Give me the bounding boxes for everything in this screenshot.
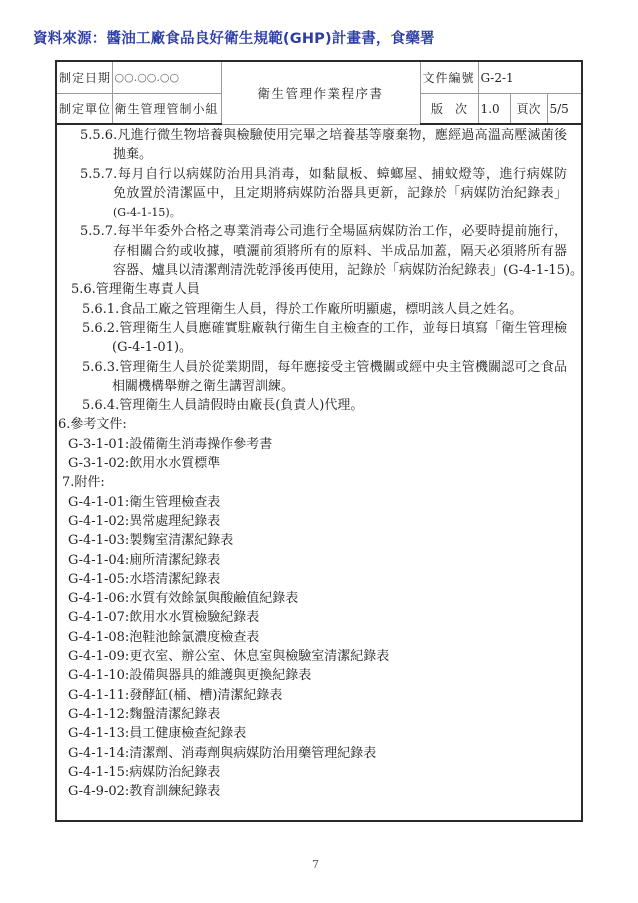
clause-5-6-3-line-1: 5.6.3.管理衛生人員於從業期間，每年應接受主管機關或經中央主管機關認可之食品… bbox=[57, 358, 581, 377]
attachment-item: G-4-1-07:飲用水水質檢驗紀錄表 bbox=[57, 608, 581, 627]
doc-number-label: 文件編號 bbox=[420, 62, 478, 94]
page-label: 頁次 bbox=[510, 94, 547, 125]
attachment-item: G-4-1-12:麴盤清潔紀錄表 bbox=[57, 705, 581, 724]
page-value: 5/5 bbox=[547, 94, 581, 125]
source-header: 資料來源：醬油工廠食品良好衛生規範(GHP)計畫書，食藥署 bbox=[33, 27, 435, 48]
document-frame: 制定日期 ○○.○○.○○ 衛生管理作業程序書 文件編號 G-2-1 制定單位 … bbox=[55, 60, 583, 822]
references-heading: 6.參考文件: bbox=[57, 415, 581, 434]
clause-5-5-6-line-1: 5.5.6.凡進行微生物培養與檢驗使用完畢之培養基等廢棄物，應經過高溫高壓滅菌後… bbox=[57, 126, 581, 145]
section-5-6-heading: 5.6.管理衛生專責人員 bbox=[57, 280, 581, 299]
doc-number-value: G-2-1 bbox=[478, 62, 581, 94]
version-value: 1.0 bbox=[478, 94, 510, 125]
attachment-item: G-4-1-13:員工健康檢查紀錄表 bbox=[57, 724, 581, 743]
attachment-item: G-4-1-01:衛生管理檢查表 bbox=[57, 493, 581, 512]
attachment-item: G-4-1-04:廁所清潔紀錄表 bbox=[57, 551, 581, 570]
clause-5-6-2-line-1: 5.6.2.管理衛生人員應確實駐廠執行衛生自主檢查的工作，並每日填寫「衛生管理檢… bbox=[57, 319, 581, 338]
reference-item: G-3-1-02:飲用水水質標準 bbox=[57, 454, 581, 473]
attachment-item: G-4-1-11:發酵缸(桶、槽)清潔紀錄表 bbox=[57, 686, 581, 705]
clause-5-6-4: 5.6.4.管理衛生人員請假時由廠長(負責人)代理。 bbox=[57, 396, 581, 415]
attachment-item: G-4-1-02:異常處理紀錄表 bbox=[57, 512, 581, 531]
clause-5-5-7a-line-2: 免放置於清潔區中，且定期將病媒防治器具更新，記錄於「病媒防治紀錄表」 bbox=[57, 184, 581, 203]
clause-5-5-7b-line-2: 存相關合約或收據，噴灑前須將所有的原料、半成品加蓋，隔天必須將所有器具、 bbox=[57, 242, 581, 261]
clause-5-5-7b-line-3: 容器、爐具以清潔劑清洗乾淨後再使用，記錄於「病媒防治紀錄表」(G-4-1-15)… bbox=[57, 261, 581, 280]
version-label: 版 次 bbox=[420, 94, 478, 125]
attachment-item: G-4-1-06:水質有效餘氯與酸鹼值紀錄表 bbox=[57, 589, 581, 608]
unit-label: 制定單位 bbox=[57, 94, 112, 125]
attachment-item: G-4-9-02:教育訓練紀錄表 bbox=[57, 782, 581, 801]
attachment-item: G-4-1-03:製麴室清潔紀錄表 bbox=[57, 531, 581, 550]
date-label: 制定日期 bbox=[57, 62, 112, 94]
attachments-heading: 7.附件: bbox=[57, 473, 581, 492]
unit-value: 衛生管理管制小組 bbox=[112, 94, 221, 125]
attachment-item: G-4-1-09:更衣室、辦公室、休息室與檢驗室清潔紀錄表 bbox=[57, 647, 581, 666]
date-value: ○○.○○.○○ bbox=[112, 62, 221, 94]
attachment-item: G-4-1-08:泡鞋池餘氯濃度檢查表 bbox=[57, 628, 581, 647]
clause-5-5-6-line-2: 拋棄。 bbox=[57, 145, 581, 164]
clause-5-5-7a-line-3: (G-4-1-15)。 bbox=[57, 203, 581, 222]
page-number: 7 bbox=[312, 858, 319, 871]
clause-5-5-7a-line-1: 5.5.7.每月自行以病媒防治用具消毒，如黏鼠板、蟑螂屋、捕蚊燈等，進行病媒防治… bbox=[57, 165, 581, 184]
attachment-item: G-4-1-15:病媒防治紀錄表 bbox=[57, 763, 581, 782]
reference-item: G-3-1-01:設備衛生消毒操作參考書 bbox=[57, 435, 581, 454]
document-info-table: 制定日期 ○○.○○.○○ 衛生管理作業程序書 文件編號 G-2-1 制定單位 … bbox=[57, 62, 581, 125]
attachment-item: G-4-1-10:設備與器具的維護與更換紀錄表 bbox=[57, 666, 581, 685]
info-row-1: 制定日期 ○○.○○.○○ 衛生管理作業程序書 文件編號 G-2-1 bbox=[57, 62, 581, 94]
attachment-item: G-4-1-05:水塔清潔紀錄表 bbox=[57, 570, 581, 589]
document-title: 衛生管理作業程序書 bbox=[221, 62, 420, 124]
clause-5-6-2-line-2: (G-4-1-01)。 bbox=[57, 338, 581, 357]
attachment-item: G-4-1-14:清潔劑、消毒劑與病媒防治用藥管理紀錄表 bbox=[57, 744, 581, 763]
document-body: 5.5.6.凡進行微生物培養與檢驗使用完畢之培養基等廢棄物，應經過高溫高壓滅菌後… bbox=[57, 126, 581, 801]
clause-5-6-1: 5.6.1.食品工廠之管理衛生人員，得於工作廠所明顯處，標明該人員之姓名。 bbox=[57, 300, 581, 319]
clause-5-5-7b-line-1: 5.5.7.每半年委外合格之專業消毒公司進行全場區病媒防治工作，必要時提前施行，… bbox=[57, 222, 581, 241]
clause-5-6-3-line-2: 相關機構舉辦之衛生講習訓練。 bbox=[57, 377, 581, 396]
